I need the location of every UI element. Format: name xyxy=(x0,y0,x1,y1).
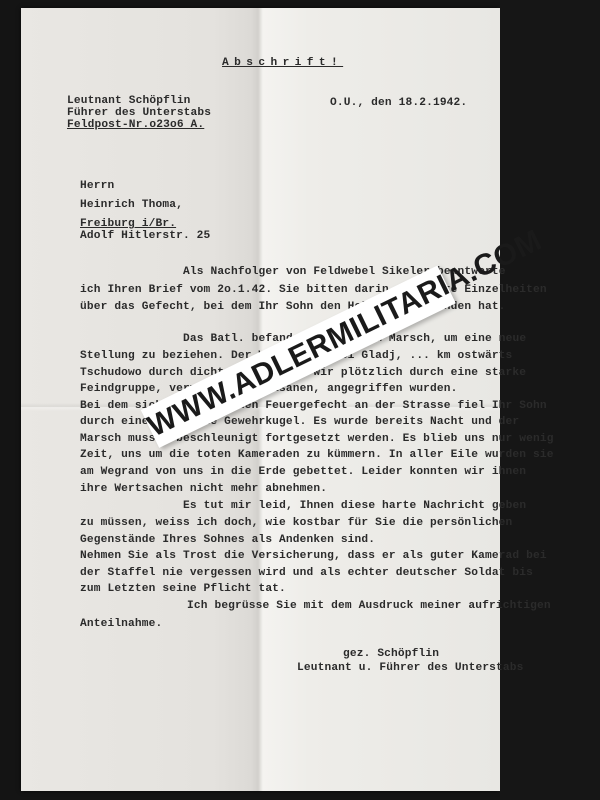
body-line: der Staffel nie vergessen wird und als e… xyxy=(80,567,533,580)
place-date: O.U., den 18.2.1942. xyxy=(330,97,467,110)
body-line: zu müssen, weiss ich doch, wie kostbar f… xyxy=(80,517,512,530)
recipient-name: Heinrich Thoma, xyxy=(80,199,183,212)
document-title: Abschrift! xyxy=(222,57,343,70)
body-line: Es tut mir leid, Ihnen diese harte Nachr… xyxy=(183,500,526,513)
body-line: Nehmen Sie als Trost die Versicherung, d… xyxy=(80,550,547,563)
signature-name: gez. Schöpflin xyxy=(343,648,439,661)
body-line: Marsch musste beschleunigt fortgesetzt w… xyxy=(80,433,554,446)
body-line: Gegenstände Ihres Sohnes als Andenken si… xyxy=(80,534,375,547)
sender-feldpost: Feldpost-Nr.o23o6 A. xyxy=(67,119,204,132)
signature-title: Leutnant u. Führer des Unterstabs xyxy=(297,662,524,675)
recipient-salutation: Herrn xyxy=(80,180,114,193)
body-line: zum Letzten seine Pflicht tat. xyxy=(80,583,286,596)
body-line: Zeit, uns um die toten Kameraden zu kümm… xyxy=(80,449,554,462)
body-line: am Wegrand von uns in die Erde gebettet.… xyxy=(80,466,526,479)
recipient-street: Adolf Hitlerstr. 25 xyxy=(80,230,210,243)
body-line: Anteilnahme. xyxy=(80,618,162,631)
body-line: Ich begrüsse Sie mit dem Ausdruck meiner… xyxy=(187,600,551,613)
body-line: ihre Wertsachen nicht mehr abnehmen. xyxy=(80,483,327,496)
